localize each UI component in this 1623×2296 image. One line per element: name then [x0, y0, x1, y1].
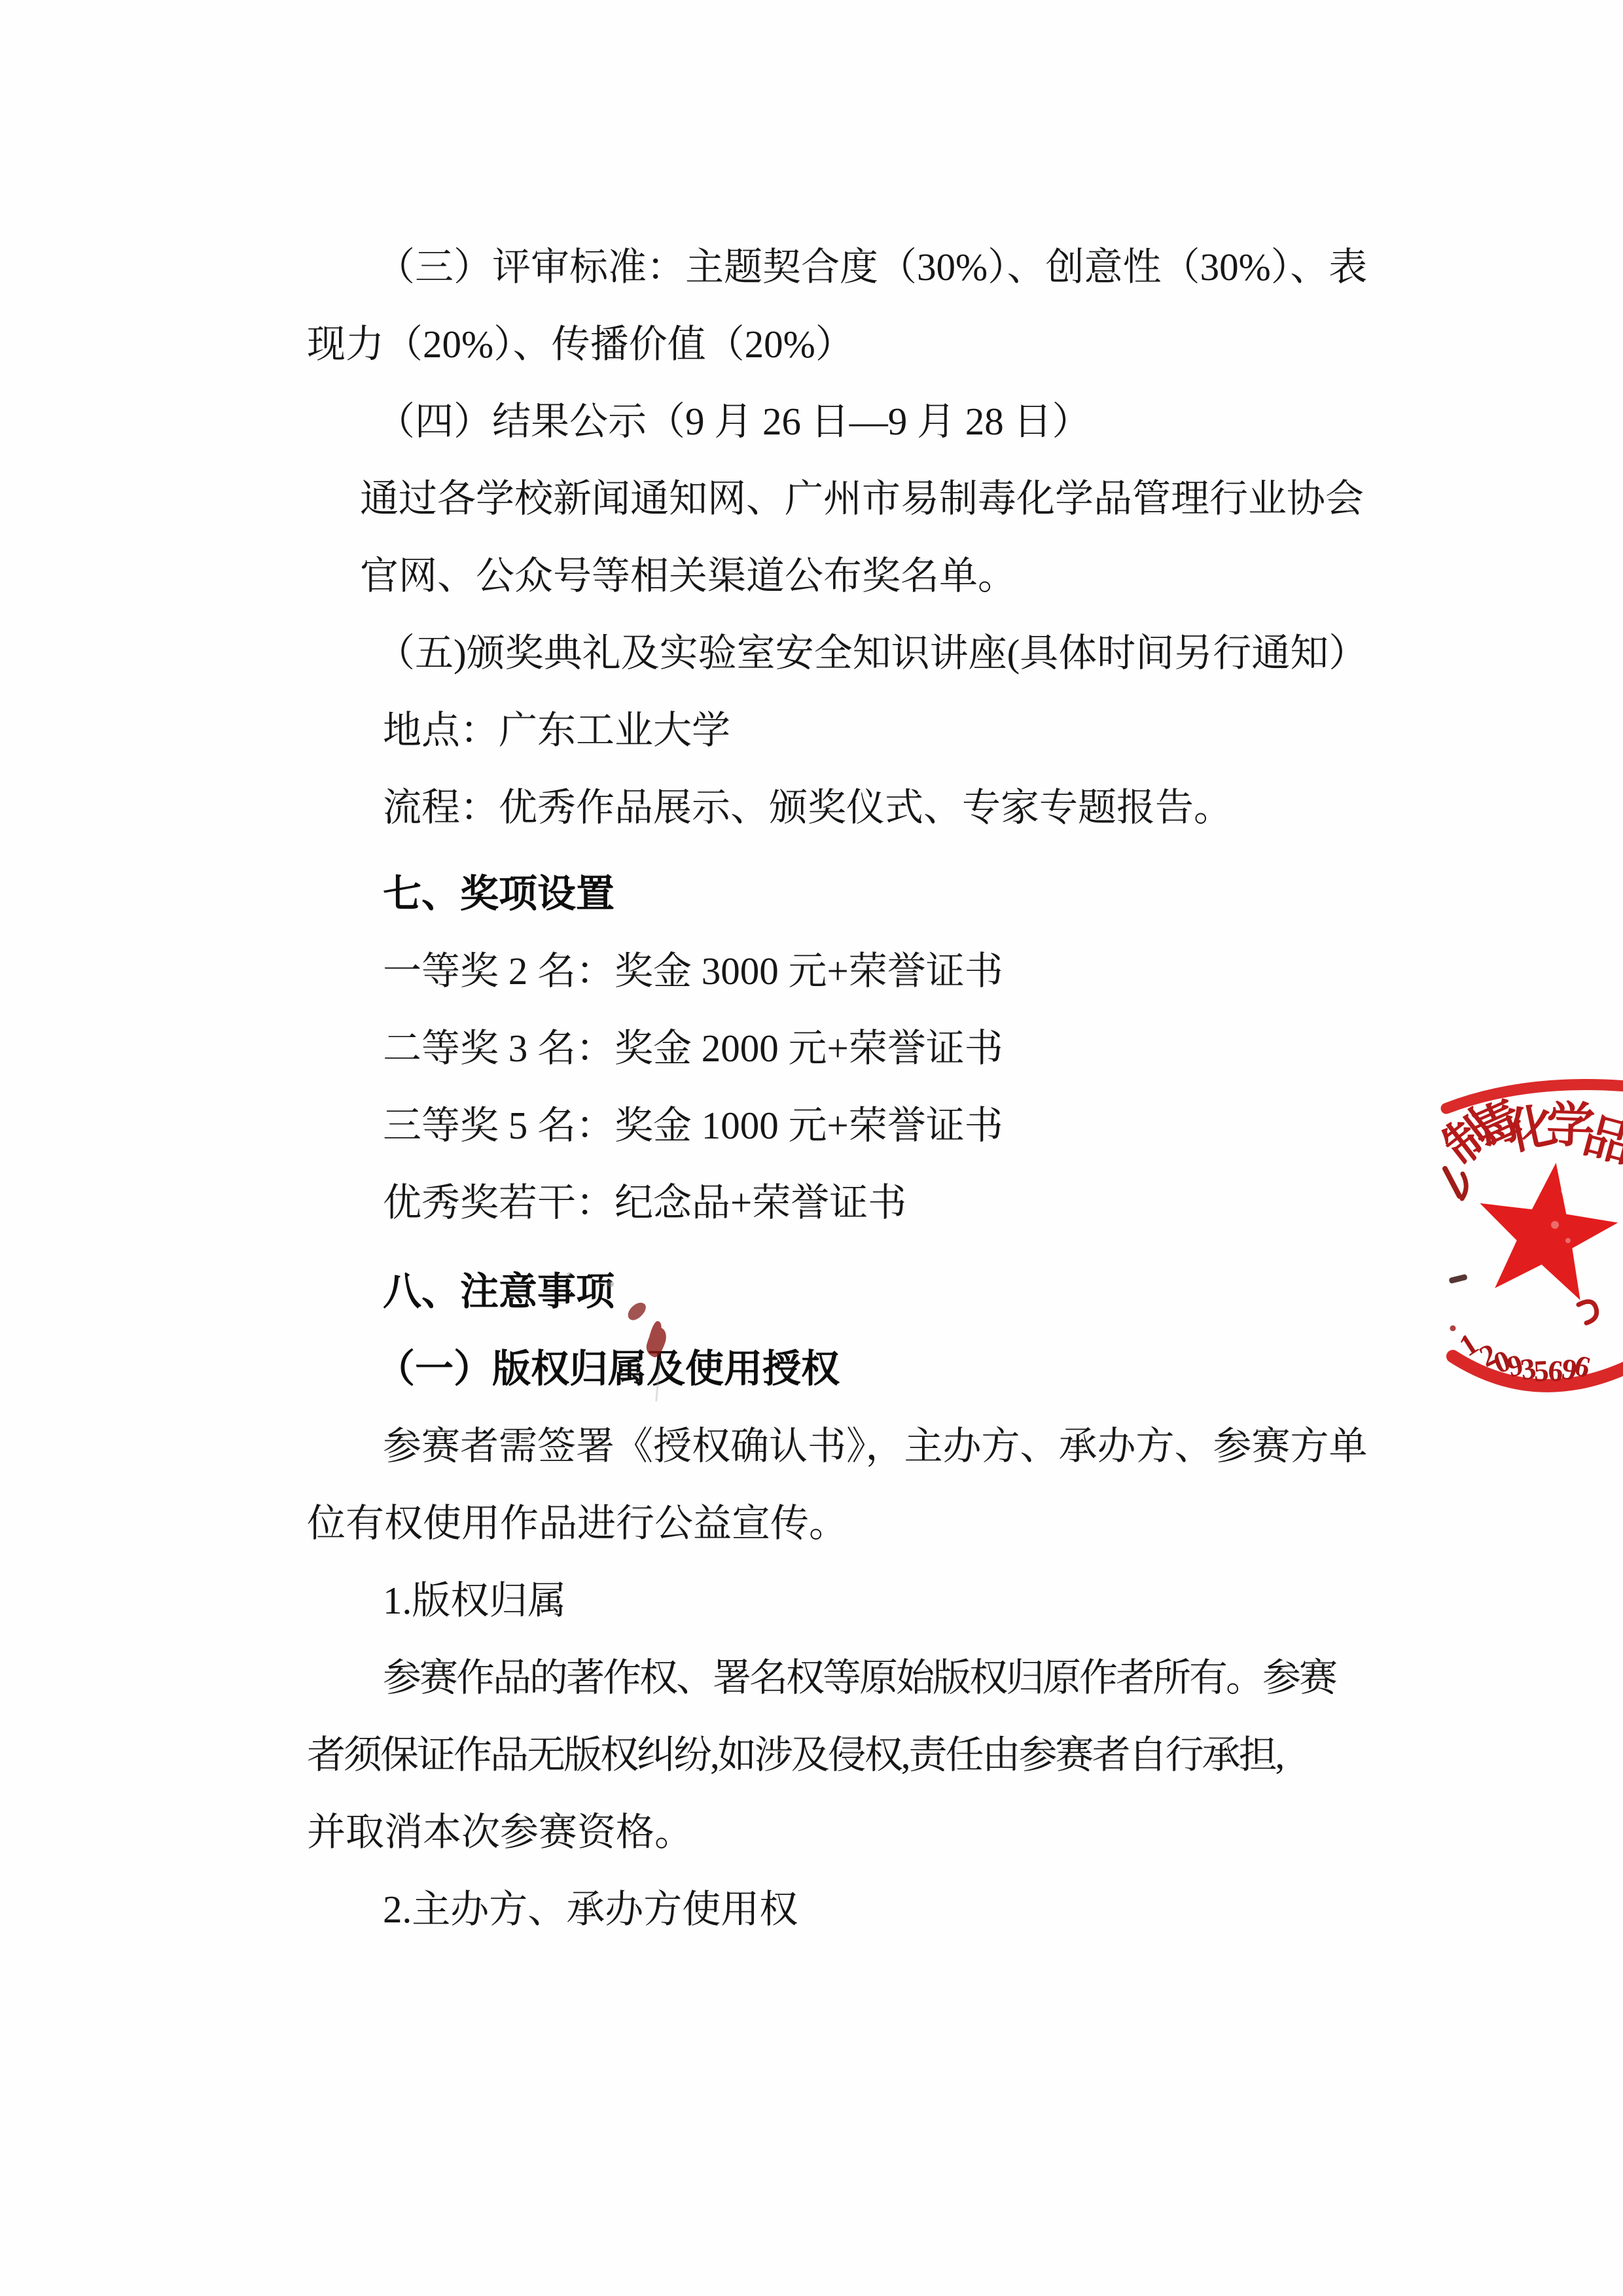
document-body: （三）评审标准：主题契合度（30%）、创意性（30%）、表 现力（20%）、传播… [304, 228, 1387, 1948]
section-heading-awards: 七、奖项设置 [304, 855, 1387, 932]
seal-ink-fragment [1448, 1274, 1467, 1284]
doc-line: 优秀奖若干：纪念品+荣誉证书 [304, 1164, 1387, 1241]
doc-line: 流程：优秀作品展示、颁奖仪式、专家专题报告。 [304, 769, 1387, 846]
doc-line: 2.主办方、承办方使用权 [304, 1871, 1387, 1948]
doc-line: 现力（20%）、传播价值（20%） [304, 306, 1387, 383]
doc-line: 三等奖 5 名：奖金 1000 元+荣誉证书 [304, 1087, 1387, 1164]
doc-line: 参赛作品的著作权、署名权等原始版权归原作者所有。参赛 [304, 1639, 1387, 1716]
subsection-heading-copyright: （一）版权归属及使用授权 [304, 1330, 1387, 1407]
doc-line: 一等奖 2 名：奖金 3000 元+荣誉证书 [304, 932, 1387, 1010]
section-heading-notes: 八、注意事项 [304, 1253, 1387, 1330]
seal-ink-fragment [1445, 1169, 1459, 1196]
doc-line: （四）结果公示（9 月 26 日—9 月 28 日） [304, 383, 1387, 460]
seal-star-icon [1480, 1163, 1618, 1300]
doc-line: 通过各学校新闻通知网、广州市易制毒化学品管理行业协会 [304, 460, 1387, 537]
seal-ink-fragment [1462, 1174, 1466, 1199]
official-seal-stamp: 制 毒 化 学 品 1 2 0 9 3 5 6 9 [1400, 1040, 1623, 1420]
seal-ink-fragment [1450, 1326, 1456, 1332]
doc-line: 并取消本次参赛资格。 [304, 1793, 1387, 1871]
doc-line: 地点：广东工业大学 [304, 692, 1387, 769]
doc-line: 官网、公众号等相关渠道公布奖名单。 [304, 537, 1387, 614]
doc-line: 1.版权归属 [304, 1562, 1387, 1639]
doc-line: 者须保证作品无版权纠纷,如涉及侵权,责任由参赛者自行承担, [304, 1716, 1387, 1793]
doc-line: 位有权使用作品进行公益宣传。 [304, 1485, 1387, 1562]
doc-line: （三）评审标准：主题契合度（30%）、创意性（30%）、表 [304, 228, 1387, 306]
doc-line: （五)颁奖典礼及实验室安全知识讲座(具体时间另行通知） [304, 614, 1387, 692]
doc-line: 参赛者需签署《授权确认书》，主办方、承办方、参赛方单 [304, 1407, 1387, 1485]
seal-ink-fragment [1578, 1301, 1597, 1323]
doc-line: 二等奖 3 名：奖金 2000 元+荣誉证书 [304, 1010, 1387, 1087]
document-page: （三）评审标准：主题契合度（30%）、创意性（30%）、表 现力（20%）、传播… [0, 0, 1623, 2296]
